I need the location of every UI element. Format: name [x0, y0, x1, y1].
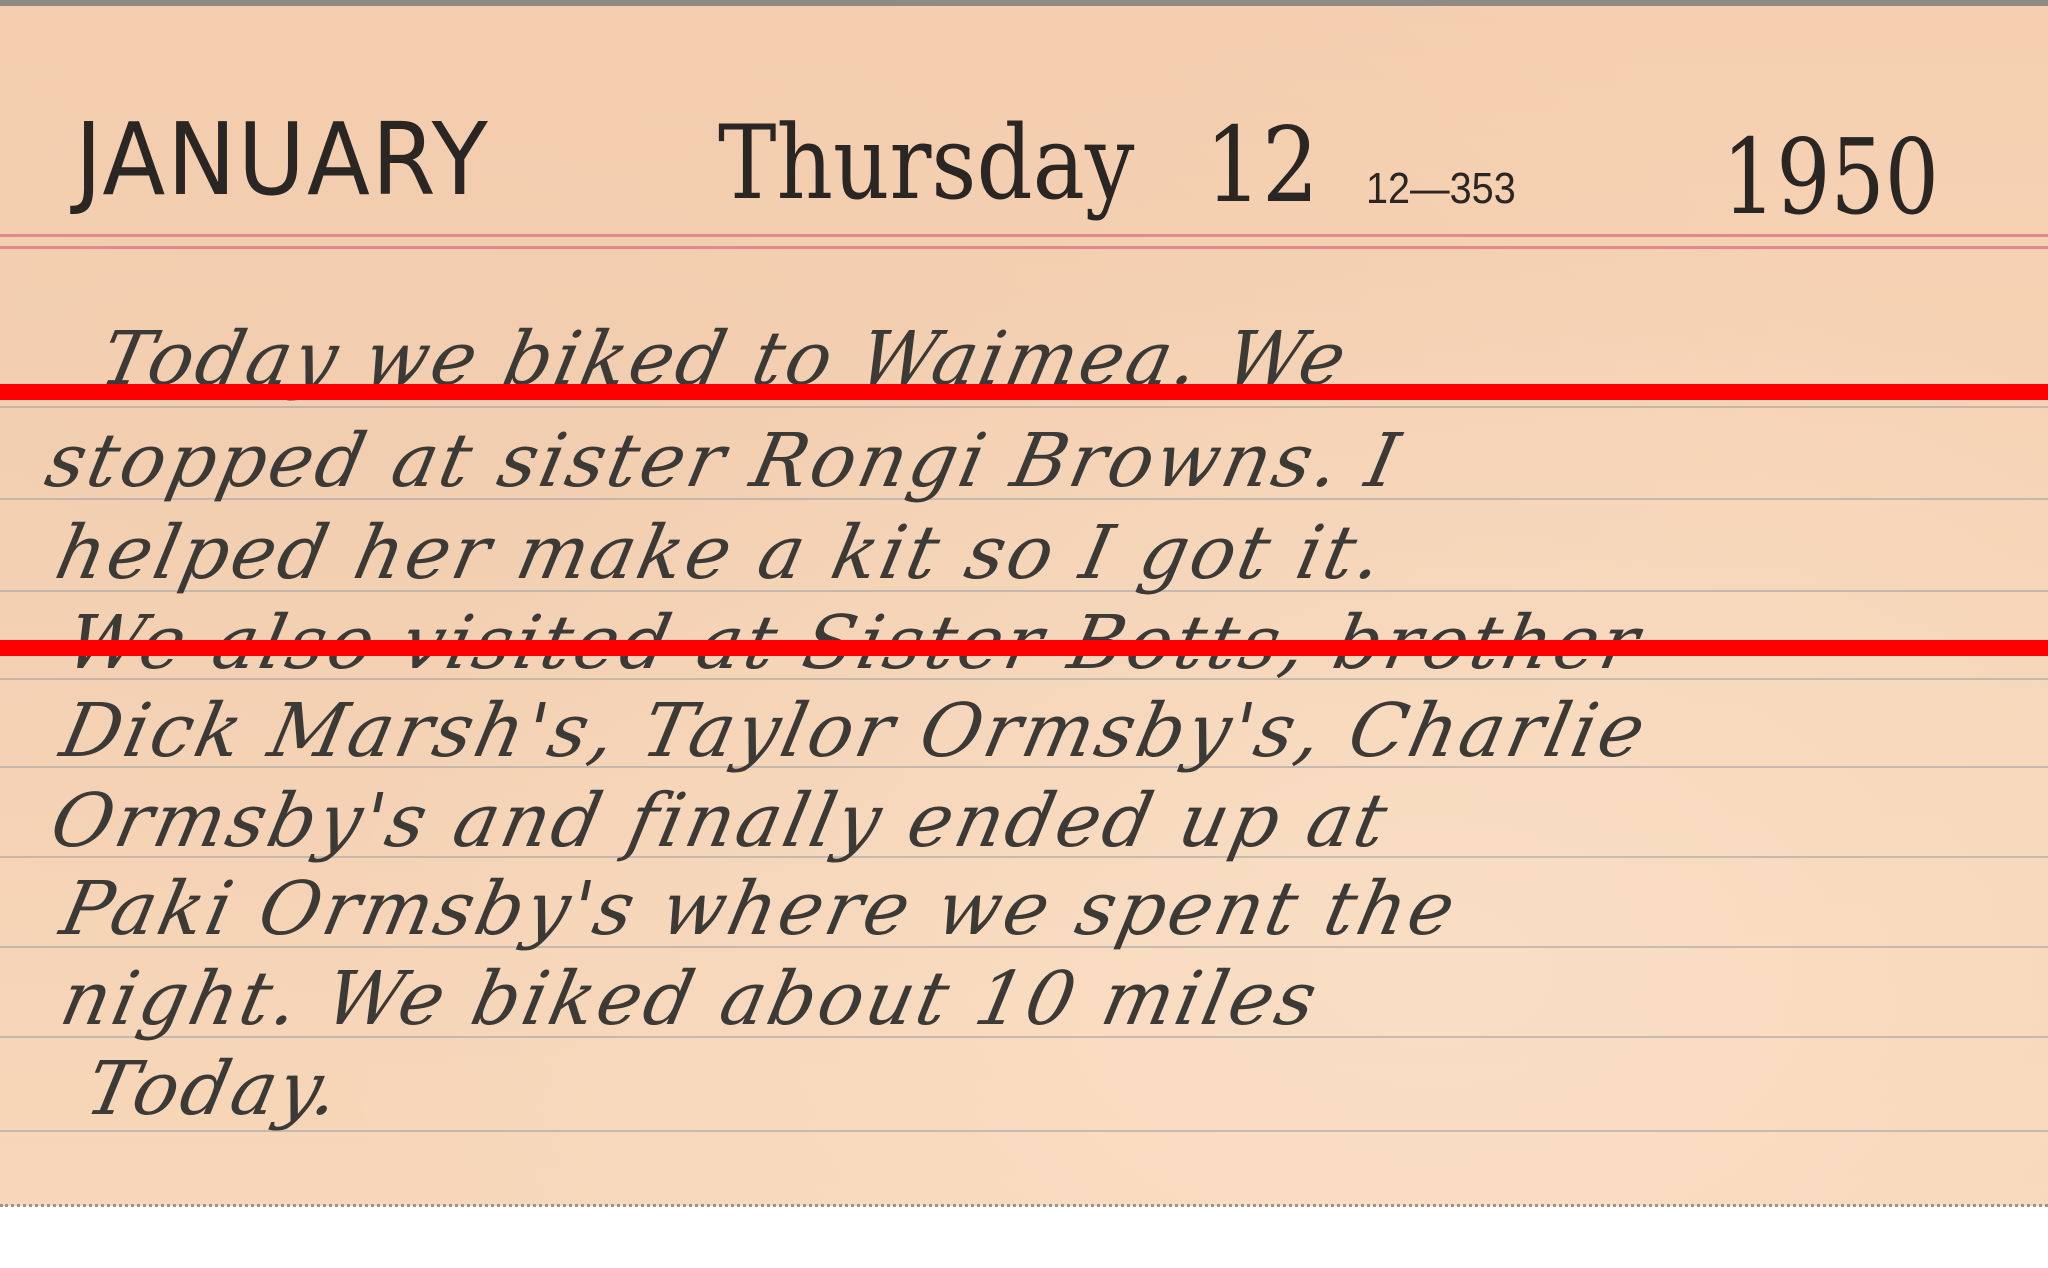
red-line-bottom: [0, 640, 2048, 656]
entry-line-5: Dick Marsh's, Taylor Ormsby's, Charlie: [55, 694, 2048, 768]
diary-header: JANUARY Thursday 12 12—353 1950: [0, 6, 2048, 236]
diary-page-image: JANUARY Thursday 12 12—353 1950 Today we…: [0, 0, 2048, 1268]
day-number: 12: [1205, 104, 1319, 226]
entry-line-2: stopped at sister Rongi Browns. I: [40, 424, 2046, 498]
header-rule-top: [0, 234, 2048, 237]
page-bottom-edge: [0, 1204, 2048, 1207]
year-label: 1950: [1722, 116, 1939, 238]
month-label: JANUARY: [75, 101, 490, 218]
entry-line-8: night. We biked about 10 miles: [55, 962, 2048, 1036]
entry-line-9: Today.: [80, 1052, 2048, 1126]
diary-page: JANUARY Thursday 12 12—353 1950 Today we…: [0, 6, 2048, 1206]
entry-line-3: helped her make a kit so I got it.: [50, 516, 2048, 590]
entry-line-6: Ormsby's and finally ended up at: [45, 784, 2048, 858]
weekday-label: Thursday: [718, 104, 1134, 223]
header-rule-bottom: [0, 246, 2048, 249]
ruled-line: [0, 406, 2048, 408]
red-line-top: [0, 384, 2048, 400]
day-of-year-counter: 12—353: [1366, 164, 1516, 214]
entry-line-7: Paki Ormsby's where we spent the: [55, 872, 2048, 946]
